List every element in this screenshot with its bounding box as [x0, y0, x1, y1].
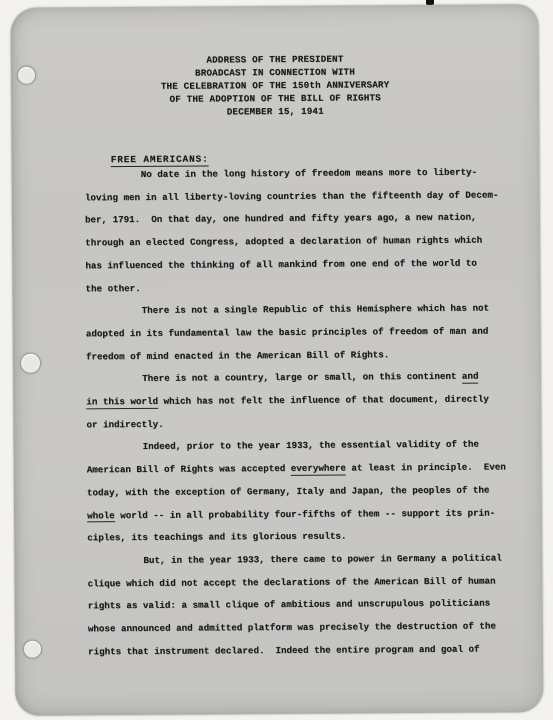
document-line: in this world which has not felt the inf… [86, 388, 520, 414]
text-segment: clique which did not accept the declarat… [88, 575, 496, 589]
text-segment: There is not a country, large or small, … [142, 371, 462, 384]
header-line: DECEMBER 15, 1941 [11, 103, 539, 120]
document-line: American Bill of Rights was accepted eve… [87, 456, 521, 482]
scanned-document-screenshot: { "colors": { "backdrop": "#f3f2ef", "pa… [0, 0, 553, 720]
document-line: freedom of mind enacted in the American … [86, 343, 520, 369]
hole-punch-middle [20, 353, 41, 374]
text-segment: which has not felt the influence of that… [158, 394, 489, 407]
document-line: There is not a single Republic of this H… [86, 298, 520, 324]
text-segment: loving men in all liberty-loving countri… [85, 189, 499, 203]
text-segment: adopted in its fundamental law the basic… [86, 325, 489, 339]
document-line: whose announced and admitted platform wa… [88, 615, 522, 641]
document-line: adopted in its fundamental law the basic… [86, 320, 520, 346]
text-segment: world -- in all probability four-fifths … [115, 507, 496, 521]
document-line: There is not a country, large or small, … [86, 366, 520, 392]
text-segment: There is not a single Republic of this H… [142, 303, 489, 316]
text-segment: But, in the year 1933, there came to pow… [143, 552, 501, 566]
document-line: through an elected Congress, adopted a d… [85, 229, 519, 255]
text-segment: ber, 1791. On that day, one hundred and … [85, 212, 477, 226]
text-segment: through an elected Congress, adopted a d… [85, 235, 482, 249]
text-segment: has influenced the thinking of all manki… [85, 257, 477, 271]
text-segment: American Bill of Rights was accepted [87, 463, 291, 475]
text-segment: at least in principle. Even [346, 462, 506, 474]
document-line: has influenced the thinking of all manki… [85, 252, 519, 278]
text-segment: Indeed, prior to the year 1933, the esse… [143, 439, 479, 452]
text-segment: rights that instrument declared. Indeed … [88, 643, 480, 657]
document-line: rights that instrument declared. Indeed … [88, 638, 522, 664]
underlined-text: whole [87, 510, 115, 523]
underlined-text: everywhere [291, 463, 346, 476]
document-line: whole world -- in all probability four-f… [87, 502, 521, 528]
text-segment: rights as valid: a small clique of ambit… [88, 598, 491, 612]
hole-punch-bottom [23, 640, 42, 659]
document-line: the other. [85, 275, 519, 301]
document-line: today, with the exception of Germany, It… [87, 479, 521, 505]
underlined-text: and [462, 371, 479, 384]
document-body: No date in the long history of freedom m… [85, 161, 522, 663]
document-line: Indeed, prior to the year 1933, the esse… [87, 434, 521, 460]
text-segment: No date in the long history of freedom m… [141, 167, 477, 180]
document-page: ADDRESS OF THE PRESIDENTBROADCAST IN CON… [11, 4, 544, 716]
text-segment: or indirectly. [86, 419, 163, 431]
text-segment: the other. [85, 282, 140, 293]
document-line: rights as valid: a small clique of ambit… [88, 593, 522, 619]
text-segment: today, with the exception of Germany, It… [87, 484, 490, 498]
document-header: ADDRESS OF THE PRESIDENTBROADCAST IN CON… [11, 51, 539, 120]
document-line: But, in the year 1933, there came to pow… [87, 547, 521, 573]
text-segment: ciples, its teachings and its glorious r… [87, 531, 346, 544]
document-line: ciples, its teachings and its glorious r… [87, 525, 521, 551]
document-line: ber, 1791. On that day, one hundred and … [85, 207, 519, 233]
document-line: or indirectly. [86, 411, 520, 437]
underlined-text: in this world [86, 396, 158, 409]
document-line: loving men in all liberty-loving countri… [85, 184, 519, 210]
text-segment: whose announced and admitted platform wa… [88, 621, 496, 635]
document-line: No date in the long history of freedom m… [85, 161, 519, 187]
document-line: clique which did not accept the declarat… [87, 570, 521, 596]
text-segment: freedom of mind enacted in the American … [86, 349, 389, 362]
